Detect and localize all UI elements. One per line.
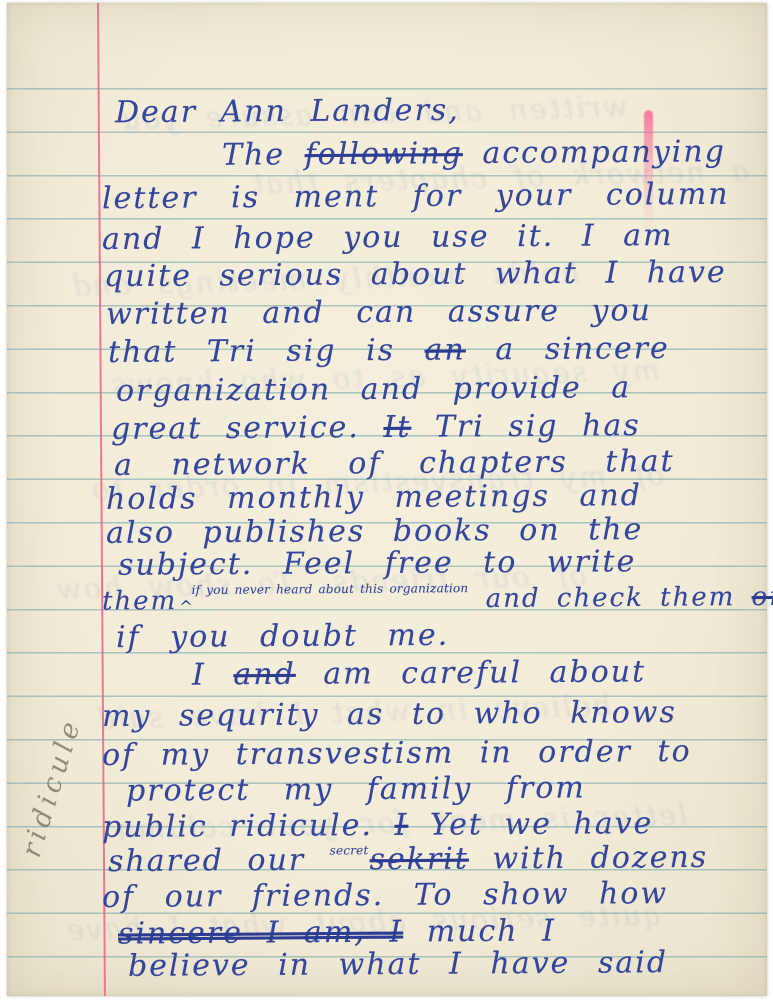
letter-line: a network of chapters that [114, 444, 675, 483]
letter-line: letter is ment for your column [102, 177, 730, 216]
text-segment: holds monthly meetings and [106, 478, 642, 517]
text-segment: shared our [108, 843, 329, 880]
letter-line: public ridicule. I Yet we have [102, 806, 654, 845]
letter-line: believe in what I have said [128, 945, 668, 984]
text-segment: organization and provide a [116, 370, 631, 409]
text-segment: subject. Feel free to write [118, 544, 637, 583]
letter-line: great service. It Tri sig has [111, 408, 641, 447]
text-segment: them [102, 586, 177, 617]
caret-mark: ^ [179, 597, 195, 616]
letter-line: if you doubt me. [116, 618, 449, 655]
inserted-text: if you never heard about this organizati… [192, 581, 469, 597]
text-segment: much I [403, 913, 556, 949]
text-segment: of my transvestism in order to [102, 734, 692, 773]
letter-line: written and can assure you [106, 293, 652, 332]
struck-text: and [233, 657, 296, 692]
letter-line: organization and provide a [116, 370, 631, 409]
struck-text: following [305, 136, 463, 172]
text-segment: The [222, 137, 305, 173]
text-segment: I [192, 657, 234, 692]
text-segment: public ridicule. [102, 808, 395, 845]
text-segment: Dear Ann Landers, [115, 93, 460, 130]
text-segment: believe in what I have said [128, 945, 668, 984]
text-segment: and I hope you use it. I am [102, 218, 674, 257]
text-segment: Yet we have [408, 806, 653, 843]
letter-line: my sequrity as to who knows [102, 695, 677, 734]
struck-text: sekrit [369, 842, 469, 878]
text-segment: a network of chapters that [114, 444, 675, 483]
text-segment: with dozens [469, 840, 709, 877]
scanned-letter-page: written and can assure you a network of … [0, 0, 773, 1000]
letter-line: quite serious about what I have [104, 255, 727, 294]
letter-line: them^if you never heard about this organ… [102, 581, 773, 616]
letter-line: shared our secretsekrit with dozens [108, 840, 708, 879]
letter-line: that Tri sig is an a sincere [108, 331, 670, 370]
text-segment: and check them [469, 582, 751, 614]
letter-line: I and am careful about [192, 654, 646, 692]
letter-line: Dear Ann Landers, [115, 93, 460, 130]
letter-line: holds monthly meetings and [106, 478, 642, 517]
text-segment: of our friends. To show how [102, 876, 668, 915]
letter-line: of our friends. To show how [102, 876, 668, 915]
text-segment: Tri sig has [411, 408, 641, 445]
struck-text: sincere I am, I [118, 915, 403, 952]
letter-line: protect my family from [126, 770, 586, 808]
struck-text: or [751, 582, 773, 612]
text-segment: accompanying [463, 134, 726, 171]
text-segment: a sincere [466, 331, 670, 367]
text-segment: if you doubt me. [116, 618, 449, 655]
struck-text: It [383, 410, 411, 445]
text-segment: written and can assure you [106, 293, 652, 332]
struck-text: I [394, 808, 408, 843]
text-segment: am careful about [296, 654, 647, 691]
letter-line: of my transvestism in order to [102, 734, 692, 773]
text-segment: protect my family from [126, 770, 586, 808]
inserted-text: secret [330, 843, 369, 857]
letter-line: and I hope you use it. I am [102, 218, 674, 257]
letter-line: The following accompanying [222, 134, 726, 173]
text-segment: that Tri sig is [108, 333, 425, 370]
pink-ink-smudge [644, 110, 653, 236]
struck-text: an [424, 332, 465, 367]
letter-line: subject. Feel free to write [118, 544, 637, 583]
text-segment: quite serious about what I have [104, 255, 727, 294]
text-segment: my sequrity as to who knows [102, 695, 677, 734]
text-segment: great service. [111, 410, 384, 447]
text-segment: letter is ment for your column [102, 177, 730, 216]
